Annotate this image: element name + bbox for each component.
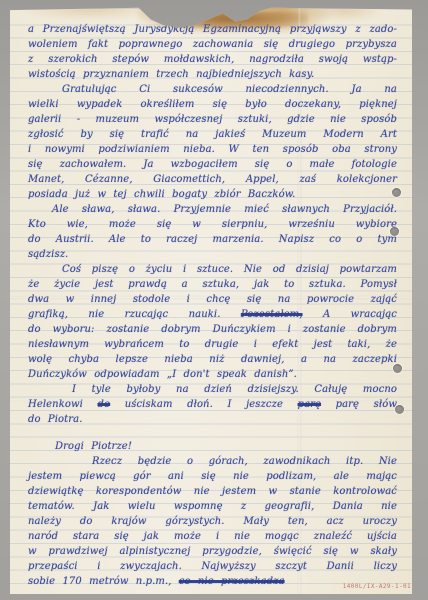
quote-line: Duńczyków odpowiadam „I don't speak dani… <box>28 367 397 382</box>
handwriting-text: i nowymi podziwianiem nieba. W ten sposó… <box>28 144 397 155</box>
letter-line: do Austrii. Ale to raczej marzenia. Napi… <box>28 232 397 247</box>
letter-line: sądzisz. <box>28 247 397 262</box>
letter-line: w prawdziwej alpinistycznej przygodzie, … <box>28 544 397 559</box>
letter-line: dwa w innej stodole i chcę się na powroc… <box>28 292 397 307</box>
crossed-out-text: do <box>98 399 111 410</box>
letter-line: Ale sława, sława. Przyjemnie mieć sławny… <box>28 202 397 217</box>
handwriting-text: dziewiątkę korespondentów nie jestem w s… <box>28 486 397 497</box>
handwriting-text: Manet, Cézanne, Giacomettich, Appel, zaś… <box>28 174 397 185</box>
letter-line: do Piotra. <box>28 412 397 427</box>
letter-line: przepaści i zwyczajach. Najwyższy szczyt… <box>28 559 397 574</box>
handwriting-text: Helenkowi <box>28 399 98 410</box>
letter-line: naród stara się jak może i nie mogąc zna… <box>28 529 397 544</box>
letter-line: dziewiątkę korespondentów nie jestem w s… <box>28 484 397 499</box>
letter-paper: a Przenajświętszą Jurysdykcją Egzaminacy… <box>10 6 412 594</box>
handwriting-text: należy do krajów górzystych. Mały ten, a… <box>28 516 397 527</box>
crossed-out-text: co nie przeszkadza <box>179 576 285 587</box>
letter-line: do wyboru: zostanie dobrym Duńczykiem i … <box>28 322 397 337</box>
letter-line: należy do krajów górzystych. Mały ten, a… <box>28 514 397 529</box>
handwriting-text: I tyle byłoby na dzień dzisiejszy. Całuj… <box>72 384 397 395</box>
handwriting-text: Kto wie, może się w sierpniu, wrześniu w… <box>28 219 397 230</box>
crossed-out-text: parę <box>298 399 321 410</box>
handwriting-text: do Austrii. Ale to raczej marzenia. Napi… <box>28 234 397 245</box>
handwriting-text: galerii - muzeum współczesnej sztuki, gd… <box>28 114 397 125</box>
letter-line: Manet, Cézanne, Giacomettich, Appel, zaś… <box>28 172 397 187</box>
handwriting-text: wielki wypadek określiłem się było docze… <box>28 99 397 110</box>
handwriting-text: Rzecz będzie o górach, zawodnikach itp. … <box>92 456 397 467</box>
hole-punch <box>390 227 399 236</box>
handwriting-text: Drogi Piotrze! <box>55 441 132 452</box>
handwriting-text: sobie 170 metrów n.p.m., <box>28 576 179 587</box>
handwriting-text: z szerokich stepów mołdawskich, nagrodzi… <box>28 54 397 65</box>
catalog-number: 1400L/IX-A29-1-01 <box>343 583 411 590</box>
letter-line: Coś piszę o życiu i sztuce. Nie od dzisi… <box>28 262 397 277</box>
handwriting-text: grafiką, nie rzucając nauki. <box>28 309 241 320</box>
letter-line: wistością przyznaniem trzech najbiedniej… <box>28 67 397 82</box>
handwriting-text: do Piotra. <box>28 414 83 425</box>
handwriting-text: a Przenajświętszą Jurysdykcją Egzaminacy… <box>28 24 397 35</box>
letter-line: jestem piewcą gór ani się nie podlizam, … <box>28 469 397 484</box>
letter-line: woleniem fakt poprawnego zachowania się … <box>28 37 397 52</box>
hole-punch <box>393 364 402 373</box>
letter-line: I tyle byłoby na dzień dzisiejszy. Całuj… <box>28 382 397 397</box>
hole-punch <box>395 405 404 414</box>
handwriting-text: Coś piszę o życiu i sztuce. Nie od dzisi… <box>62 264 397 275</box>
handwriting-text: przepaści i zwyczajach. Najwyższy szczyt… <box>28 561 397 572</box>
letter-line: Helenkowi do uściskam dłoń. I jeszcze pa… <box>28 397 397 412</box>
handwriting-text: jestem piewcą gór ani się nie podlizam, … <box>28 471 397 482</box>
letter-line: galerii - muzeum współczesnej sztuki, gd… <box>28 112 397 127</box>
letter-line: a Przenajświętszą Jurysdykcją Egzaminacy… <box>28 22 397 37</box>
handwriting-text: Duńczyków odpowiadam „I don't speak dani… <box>28 369 297 380</box>
handwriting-text: uściskam dłoń. I jeszcze <box>110 399 297 410</box>
letter-line: grafiką, nie rzucając nauki. Pozostałem,… <box>28 307 397 322</box>
handwriting-text: do wyboru: zostanie dobrym Duńczykiem i … <box>28 324 397 335</box>
letter-line: posiada już w tej chwili bogaty zbiór Ba… <box>28 187 397 202</box>
handwriting-text: posiada już w tej chwili bogaty zbiór Ba… <box>28 189 295 200</box>
handwriting-text: dwa w innej stodole i chcę się na powroc… <box>28 294 397 305</box>
handwriting-text: wistością przyznaniem trzech najbiedniej… <box>28 69 314 80</box>
scanner-background: a Przenajświętszą Jurysdykcją Egzaminacy… <box>0 0 428 600</box>
handwriting-text: woleniem fakt poprawnego zachowania się … <box>28 39 397 50</box>
altitude-line: sobie 170 metrów n.p.m., co nie przeszka… <box>28 574 397 589</box>
letter-line: Rzecz będzie o górach, zawodnikach itp. … <box>28 454 397 469</box>
handwriting-text: się zachowałem. Ja wzbogaciłem się o mał… <box>28 159 397 170</box>
letter-line: Gratulując Ci sukcesów niecodziennych. J… <box>28 82 397 97</box>
letter-line: niesławnym wybrańcem to drugie i efekt j… <box>28 337 397 352</box>
letter-line: tematów. Jak wielu wspomnę z geografii, … <box>28 499 397 514</box>
salutation: Drogi Piotrze! <box>28 439 397 454</box>
handwriting-text: zgłosić by się trafić na jakieś Muzeum M… <box>28 129 397 140</box>
handwriting-text: naród stara się jak może i nie mogąc zna… <box>28 531 397 542</box>
handwriting-text: wolę chyba lepsze nieba niż dawniej, a n… <box>28 354 397 365</box>
crossed-out-text: Pozostałem, <box>241 309 303 320</box>
handwriting-text: tematów. Jak wielu wspomnę z geografii, … <box>28 501 397 512</box>
handwriting-text: niesławnym wybrańcem to drugie i efekt j… <box>28 339 397 350</box>
letter-line: zgłosić by się trafić na jakieś Muzeum M… <box>28 127 397 142</box>
letter-line: wielki wypadek określiłem się było docze… <box>28 97 397 112</box>
letter-line: Kto wie, może się w sierpniu, wrześniu w… <box>28 217 397 232</box>
handwriting-text: parę słów <box>321 399 397 410</box>
handwriting-text: że życie jest prawdą a sztuka, jak to sz… <box>28 279 397 290</box>
letter-line: wolę chyba lepsze nieba niż dawniej, a n… <box>28 352 397 367</box>
handwriting-text: Gratulując Ci sukcesów niecodziennych. J… <box>62 84 397 95</box>
handwriting-text: sądzisz. <box>28 249 68 260</box>
letter-line: że życie jest prawdą a sztuka, jak to sz… <box>28 277 397 292</box>
handwriting-text: Ale sława, sława. Przyjemnie mieć sławny… <box>52 204 397 215</box>
letter-line: i nowymi podziwianiem nieba. W ten sposó… <box>28 142 397 157</box>
letter-line: się zachowałem. Ja wzbogaciłem się o mał… <box>28 157 397 172</box>
handwriting-text: w prawdziwej alpinistycznej przygodzie, … <box>28 546 397 557</box>
letter-line: z szerokich stepów mołdawskich, nagrodzi… <box>28 52 397 67</box>
hole-punch <box>392 188 401 197</box>
letter-text: a Przenajświętszą Jurysdykcją Egzaminacy… <box>28 14 397 584</box>
handwriting-text: A wracając <box>303 309 397 320</box>
